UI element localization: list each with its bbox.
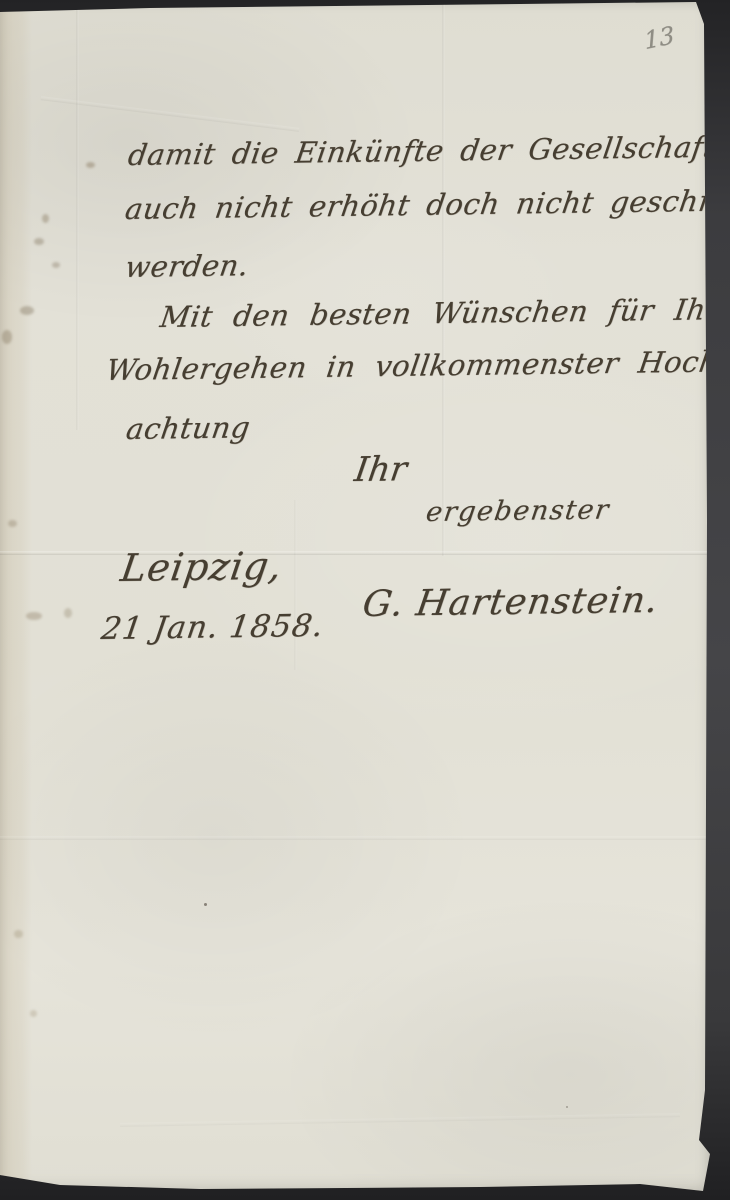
closing-ihr: Ihr [352, 449, 409, 490]
letter-line-3: werden. [123, 248, 251, 284]
ink-bleed-spot [64, 608, 72, 618]
ink-bleed-spot [2, 330, 12, 344]
manuscript-page: 13 damit die Einkünfte der Gesellschaft … [0, 0, 712, 1194]
place-line: Leipzig, [118, 544, 285, 590]
ink-bleed-spot [86, 162, 95, 168]
ink-bleed-spot [34, 238, 44, 245]
letter-line-5: Wohlergehen in vollkommenster Hoch- [104, 344, 730, 387]
letter-line-6: achtung [124, 410, 252, 446]
ink-dot [566, 1106, 568, 1108]
fold-crease-vertical-short [294, 500, 297, 670]
ink-bleed-spot [26, 612, 42, 620]
ink-bleed-spot [14, 930, 23, 938]
ink-bleed-spot [42, 214, 49, 223]
scan-background: 13 damit die Einkünfte der Gesellschaft … [0, 0, 730, 1200]
closing-ergebenster: ergebenster [424, 494, 612, 528]
ink-bleed-spot [8, 520, 17, 527]
fold-crease-vertical-left [76, 0, 79, 430]
fold-crease-bottom [120, 1113, 680, 1127]
ink-dot [204, 903, 207, 906]
fold-crease-horizontal-lower [0, 836, 712, 840]
ink-bleed-spot [30, 1010, 37, 1017]
letter-line-2: auch nicht erhöht doch nicht geschmälert [123, 183, 730, 226]
folio-number: 13 [643, 21, 676, 55]
fold-crease-horizontal-main [0, 551, 712, 555]
letter-line-4: Mit den besten Wünschen für Ihr [158, 292, 723, 334]
signature: G. Hartenstein. [360, 580, 661, 625]
ink-bleed-spot [20, 306, 34, 315]
letter-line-1: damit die Einkünfte der Gesellschaft wen… [126, 128, 730, 172]
date-line: 21 Jan. 1858. [99, 608, 326, 647]
fold-crease-diagonal-topleft [41, 96, 300, 132]
ink-bleed-spot [52, 262, 60, 268]
fold-crease-vertical-center [442, 0, 445, 556]
